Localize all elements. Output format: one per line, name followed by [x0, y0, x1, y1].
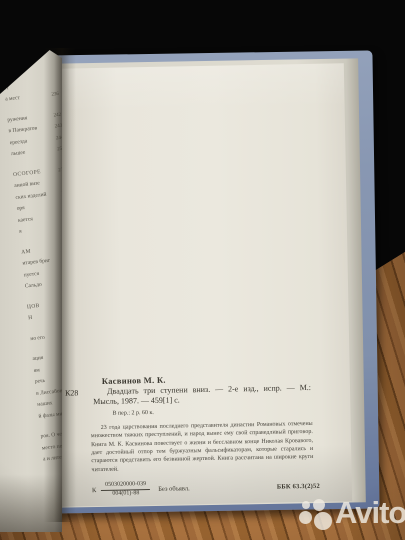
no-announcement-label: Без объявл. — [158, 485, 190, 493]
toc-page-number: 236 — [51, 89, 60, 101]
toc-line-text: но его — [30, 332, 46, 345]
fraction-denominator: 004(01)-88 — [101, 490, 150, 498]
toc-line-text: я — [19, 227, 23, 239]
toc-line-text: ет — [3, 83, 9, 95]
catalog-row-spacer — [190, 487, 277, 489]
annotation-paragraph: 23 года царствования последнего представ… — [91, 420, 314, 475]
right-page-colophon: Касвинов М. К. К28 Двадцать три ступени … — [53, 63, 352, 507]
toc-line-text: Сальдо — [24, 280, 42, 293]
bibliographic-entry-row: К28 Двадцать три ступени вниз. — 2-е изд… — [65, 383, 321, 409]
toc-line-text: ЦОВ — [26, 301, 40, 314]
toc-line-text: Н — [28, 313, 33, 325]
bbk-code: ББК 63.3(2)52 — [277, 483, 320, 491]
avito-wordmark: Avito — [335, 495, 405, 531]
toc-line-text: грузка — [2, 70, 18, 83]
toc-line-text: а мест — [5, 93, 21, 106]
photo-of-open-book: Касвинов М. К. К28 Двадцать три ступени … — [0, 0, 405, 540]
catalog-index-code: К28 — [65, 387, 93, 408]
toc-line-text: кается — [17, 214, 33, 227]
catalog-letter: К — [92, 487, 96, 494]
avito-watermark: Avito — [283, 492, 405, 540]
left-page-contents: грузкаета мест236ружения242в Панкратов24… — [0, 50, 62, 532]
toc-line-text: ям — [33, 365, 40, 377]
bibliographic-entry: Двадцать три ступени вниз. — 2-е изд., и… — [93, 383, 311, 408]
price-line: В пер.: 2 р. 60 к. — [112, 407, 321, 417]
toc-page-number: 242 — [53, 109, 62, 121]
toc-line-text: оря — [16, 203, 25, 215]
toc-line-text: ереезда — [9, 136, 28, 149]
colophon-block: Касвинов М. К. К28 Двадцать три ступени … — [65, 372, 323, 500]
catalog-fraction: 0503020000-039 004(01)-88 — [101, 481, 150, 498]
toc-line-text: льшее — [10, 148, 25, 161]
toc-line-text: ация — [32, 353, 44, 366]
toc-page-number: 243 — [54, 121, 63, 133]
